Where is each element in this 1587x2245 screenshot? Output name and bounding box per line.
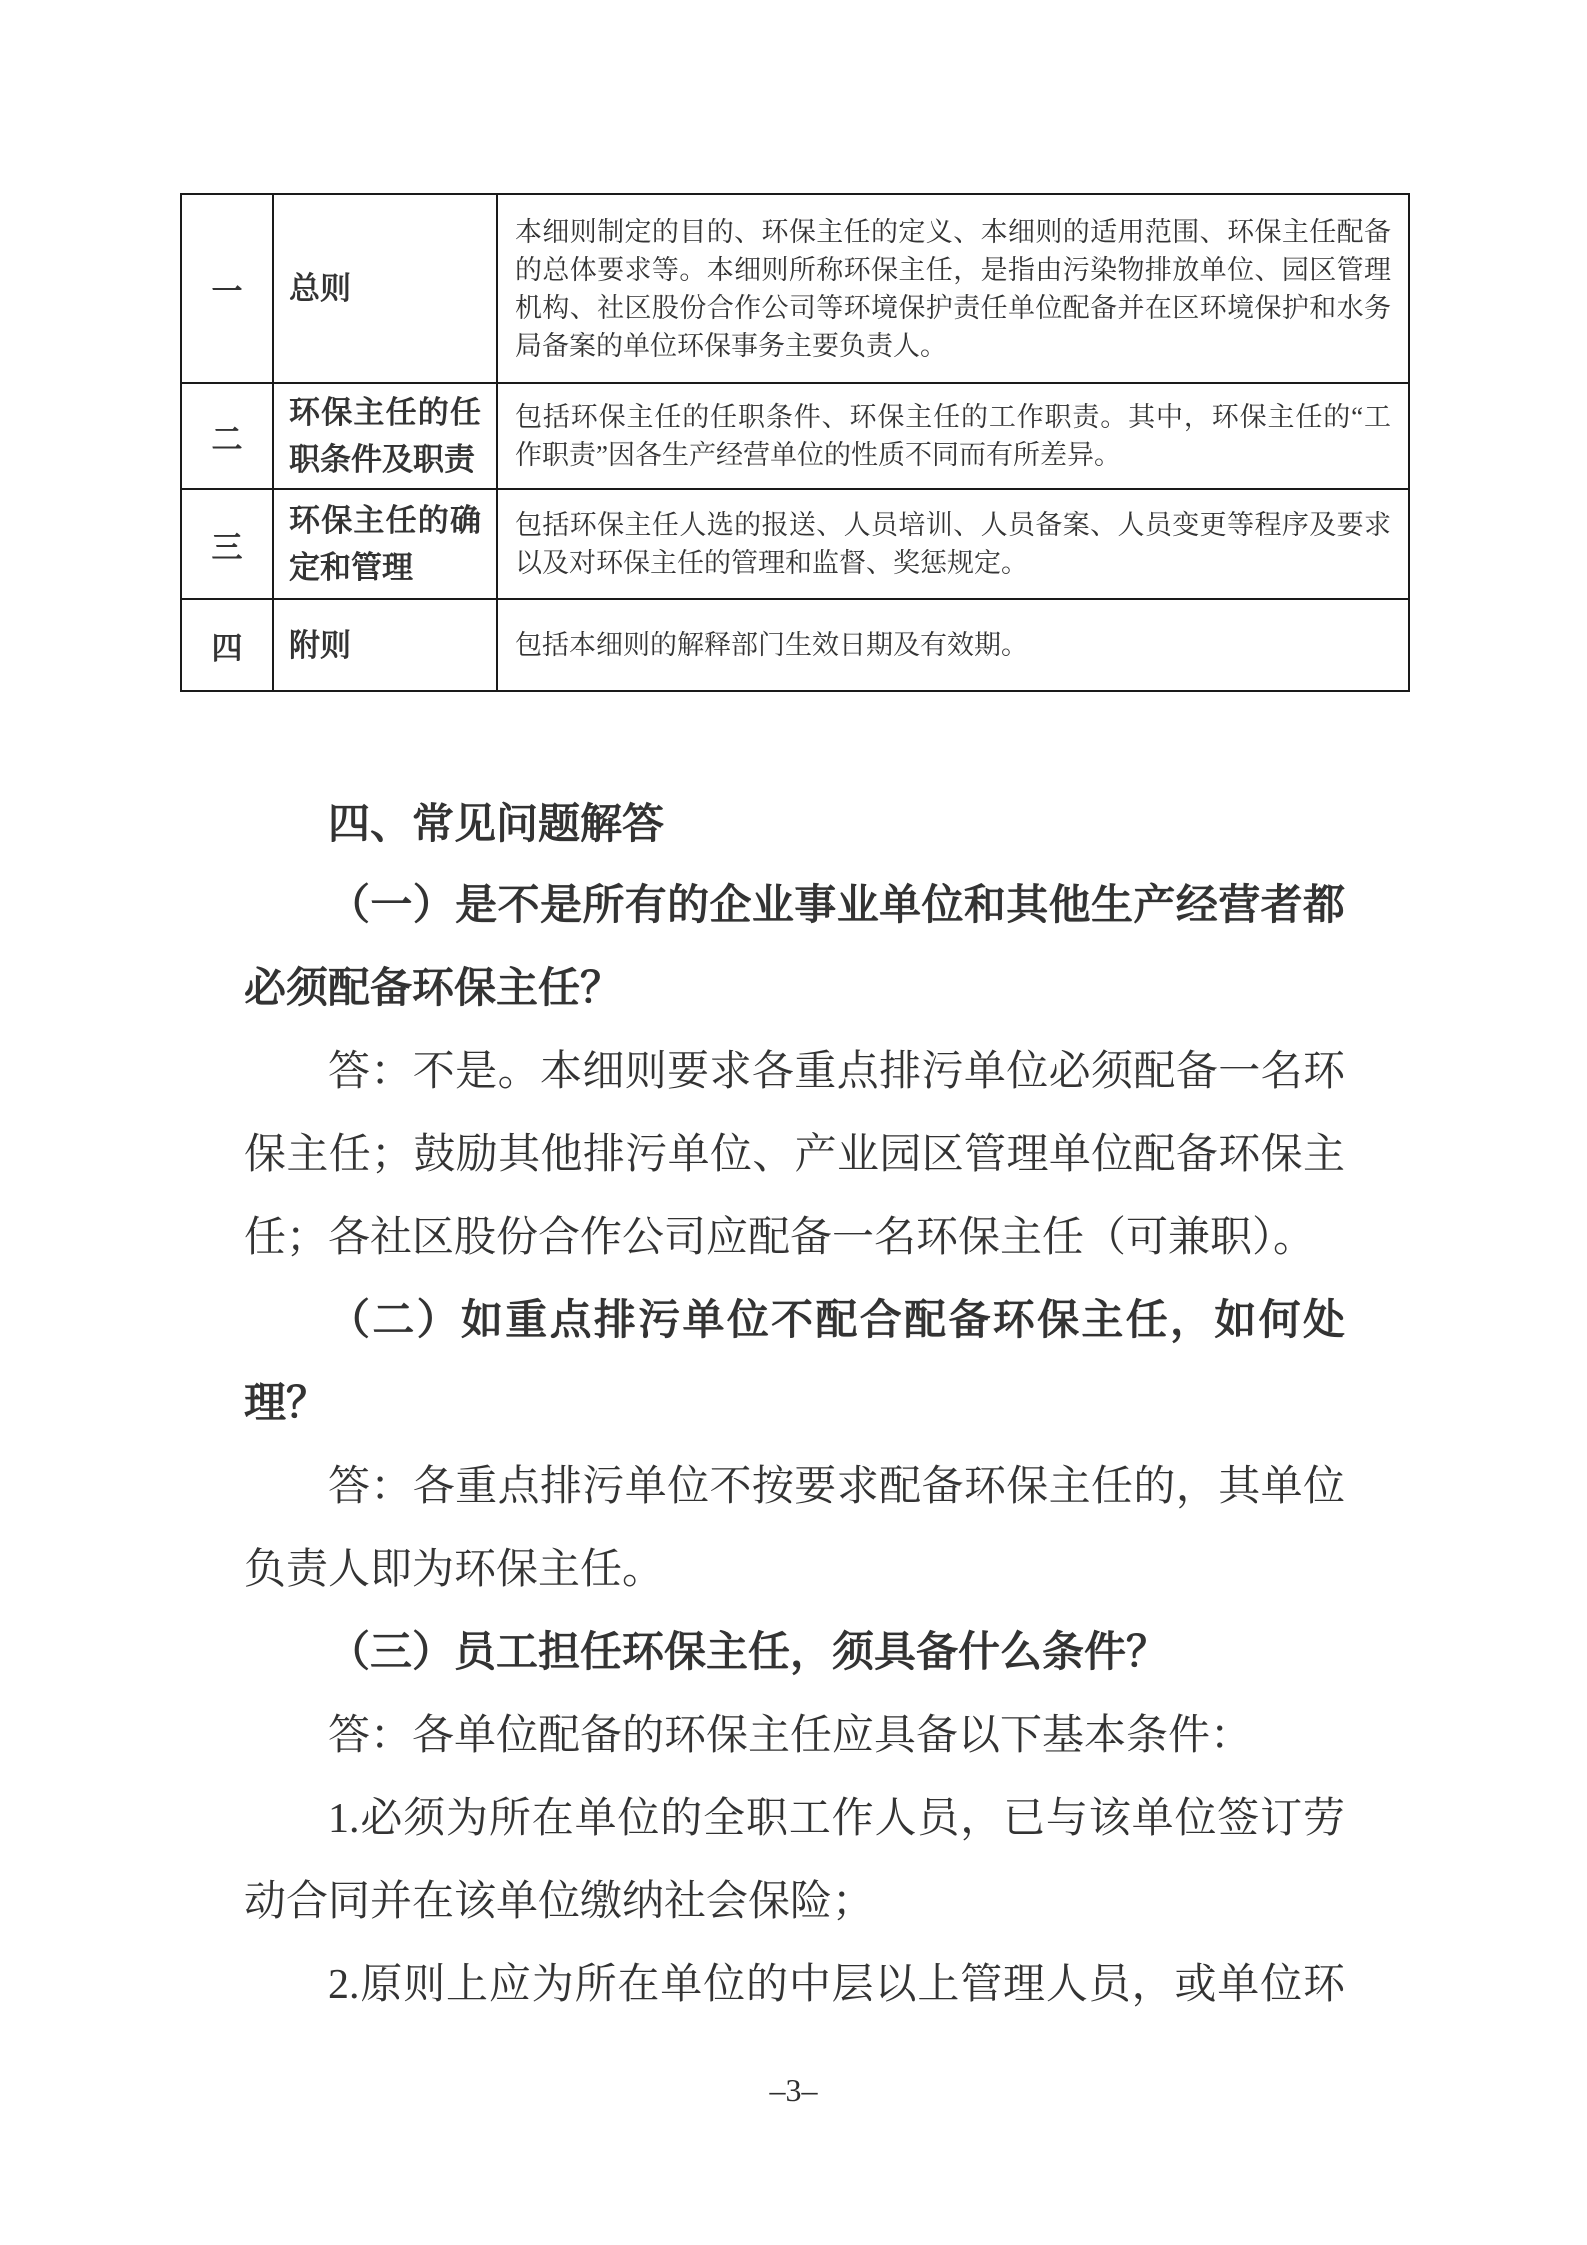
row-description: 本细则制定的目的、环保主任的定义、本细则的适用范围、环保主任配备 的总体要求等。…	[497, 194, 1409, 383]
condition-item-1: 1.必须为所在单位的全职工作人员，已与该单位签订劳 动合同并在该单位缴纳社会保险…	[244, 1778, 1345, 1944]
question-1: （一）是不是所有的企业事业单位和其他生产经营者都 必须配备环保主任？	[244, 865, 1345, 1031]
table-row: 四 附则 包括本细则的解释部门生效日期及有效期。	[181, 599, 1409, 691]
chapter-summary-table: 一 总则 本细则制定的目的、环保主任的定义、本细则的适用范围、环保主任配备 的总…	[180, 193, 1410, 692]
table-row: 二 环保主任的任职条件及职责 包括环保主任的任职条件、环保主任的工作职责。其中，…	[181, 383, 1409, 489]
row-number: 一	[181, 194, 273, 383]
text-line: 任；各社区股份合作公司应配备一名环保主任（可兼职）。	[244, 1197, 1345, 1280]
text-line: 作职责”因各生产经营单位的性质不同而有所差异。	[515, 436, 1391, 474]
condition-item-2: 2.原则上应为所在单位的中层以上管理人员，或单位环	[244, 1944, 1345, 2027]
text-line: 包括本细则的解释部门生效日期及有效期。	[515, 626, 1391, 664]
text-line: 以及对环保主任的管理和监督、奖惩规定。	[515, 544, 1391, 582]
section-heading: 四、常见问题解答	[244, 782, 1345, 865]
text-line: 理？	[244, 1363, 1345, 1446]
row-number: 四	[181, 599, 273, 691]
row-title: 环保主任的任职条件及职责	[273, 383, 497, 489]
row-number: 二	[181, 383, 273, 489]
row-description: 包括环保主任人选的报送、人员培训、人员备案、人员变更等程序及要求 以及对环保主任…	[497, 489, 1409, 599]
text-line: 包括环保主任的任职条件、环保主任的工作职责。其中，环保主任的“工	[515, 398, 1391, 436]
row-number: 三	[181, 489, 273, 599]
row-description: 包括环保主任的任职条件、环保主任的工作职责。其中，环保主任的“工 作职责”因各生…	[497, 383, 1409, 489]
text-line: 必须配备环保主任？	[244, 948, 1345, 1031]
text-line: 2.原则上应为所在单位的中层以上管理人员，或单位环	[244, 1944, 1345, 2027]
text-line: （三）员工担任环保主任，须具备什么条件？	[244, 1612, 1345, 1695]
table-row: 一 总则 本细则制定的目的、环保主任的定义、本细则的适用范围、环保主任配备 的总…	[181, 194, 1409, 383]
text-line: 四、常见问题解答	[244, 782, 1345, 865]
text-line: 答：各单位配备的环保主任应具备以下基本条件：	[244, 1695, 1345, 1778]
row-title: 环保主任的确定和管理	[273, 489, 497, 599]
question-3: （三）员工担任环保主任，须具备什么条件？	[244, 1612, 1345, 1695]
text-line: 局备案的单位环保事务主要负责人。	[515, 327, 1391, 365]
row-description: 包括本细则的解释部门生效日期及有效期。	[497, 599, 1409, 691]
body-text: 四、常见问题解答 （一）是不是所有的企业事业单位和其他生产经营者都 必须配备环保…	[244, 782, 1345, 2027]
text-line: 答：不是。本细则要求各重点排污单位必须配备一名环	[244, 1031, 1345, 1114]
text-line: （一）是不是所有的企业事业单位和其他生产经营者都	[244, 865, 1345, 948]
question-2: （二）如重点排污单位不配合配备环保主任，如何处 理？	[244, 1280, 1345, 1446]
row-title: 总则	[273, 194, 497, 383]
answer-3: 答：各单位配备的环保主任应具备以下基本条件：	[244, 1695, 1345, 1778]
text-line: 1.必须为所在单位的全职工作人员，已与该单位签订劳	[244, 1778, 1345, 1861]
table-row: 三 环保主任的确定和管理 包括环保主任人选的报送、人员培训、人员备案、人员变更等…	[181, 489, 1409, 599]
row-title: 附则	[273, 599, 497, 691]
page-number: –3–	[0, 2072, 1587, 2109]
text-line: 保主任；鼓励其他排污单位、产业园区管理单位配备环保主	[244, 1114, 1345, 1197]
text-line: 负责人即为环保主任。	[244, 1529, 1345, 1612]
text-line: 包括环保主任人选的报送、人员培训、人员备案、人员变更等程序及要求	[515, 506, 1391, 544]
text-line: 机构、社区股份合作公司等环境保护责任单位配备并在区环境保护和水务	[515, 289, 1391, 327]
answer-1: 答：不是。本细则要求各重点排污单位必须配备一名环 保主任；鼓励其他排污单位、产业…	[244, 1031, 1345, 1280]
document-page: 一 总则 本细则制定的目的、环保主任的定义、本细则的适用范围、环保主任配备 的总…	[0, 0, 1587, 2245]
text-line: （二）如重点排污单位不配合配备环保主任，如何处	[244, 1280, 1345, 1363]
text-line: 答：各重点排污单位不按要求配备环保主任的，其单位	[244, 1446, 1345, 1529]
text-line: 动合同并在该单位缴纳社会保险；	[244, 1861, 1345, 1944]
answer-2: 答：各重点排污单位不按要求配备环保主任的，其单位 负责人即为环保主任。	[244, 1446, 1345, 1612]
text-line: 的总体要求等。本细则所称环保主任，是指由污染物排放单位、园区管理	[515, 251, 1391, 289]
text-line: 本细则制定的目的、环保主任的定义、本细则的适用范围、环保主任配备	[515, 213, 1391, 251]
